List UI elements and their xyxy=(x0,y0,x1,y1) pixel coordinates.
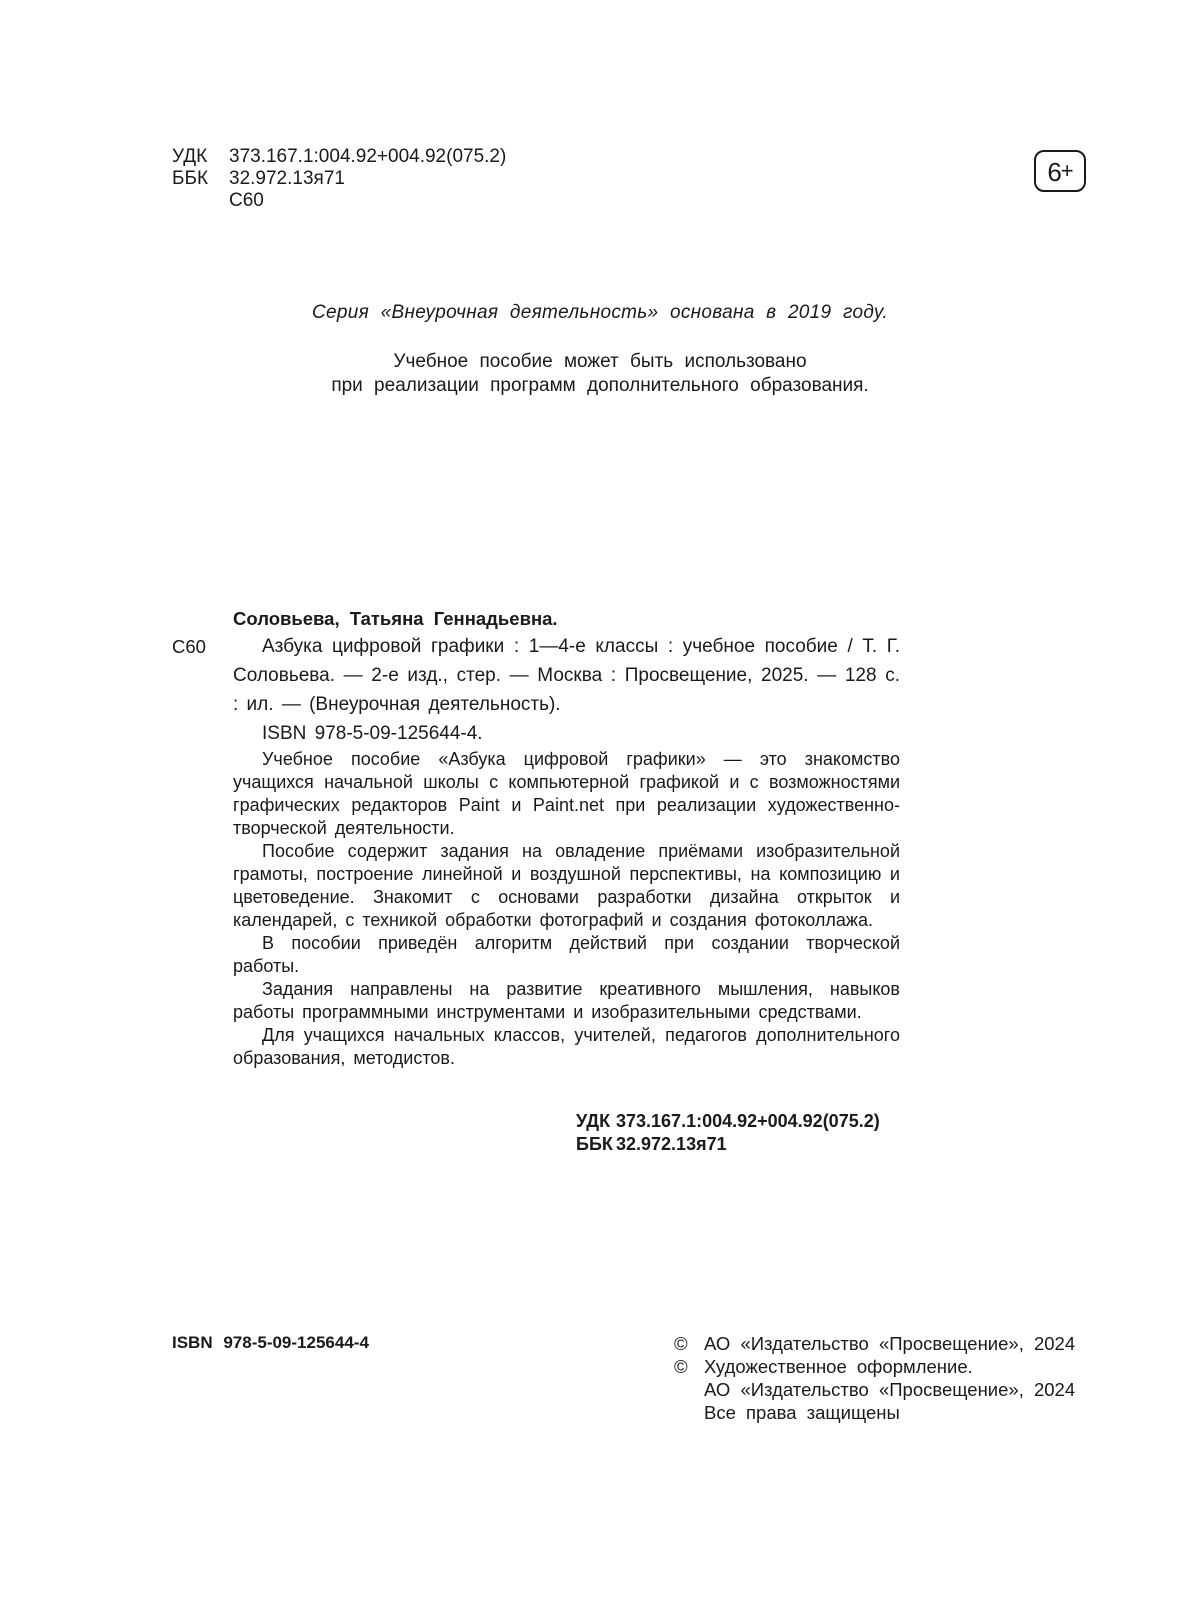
catalog-classification: УДК373.167.1:004.92+004.92(075.2) ББК32.… xyxy=(576,1110,880,1156)
copyright-line: ©АО «Издательство «Просвещение», 2024 xyxy=(674,1332,1075,1355)
copyright-icon: © xyxy=(674,1332,704,1355)
copyright-icon: © xyxy=(674,1355,704,1378)
age-rating-suffix: + xyxy=(1061,158,1073,183)
catalog-bbk-line: ББК32.972.13я71 xyxy=(576,1133,880,1156)
bbk-label: ББК xyxy=(172,168,229,190)
catalog-isbn: ISBN 978-5-09-125644-4. xyxy=(233,719,900,748)
udk-line: УДК373.167.1:004.92+004.92(075.2) xyxy=(172,146,506,168)
catalog-udk-label: УДК xyxy=(576,1110,616,1133)
copyright-line: Все права защищены xyxy=(674,1401,1075,1424)
classification-block: УДК373.167.1:004.92+004.92(075.2) ББК32.… xyxy=(172,146,506,212)
copyright-block: ©АО «Издательство «Просвещение», 2024 ©Х… xyxy=(674,1332,1075,1424)
annotation-paragraph: Учебное пособие «Азбука цифровой графики… xyxy=(233,748,900,840)
catalog-body: Азбука цифровой графики : 1—4-е классы :… xyxy=(233,632,900,1070)
age-rating-value: 6 xyxy=(1047,157,1060,187)
catalog-bbk-value: 32.972.13я71 xyxy=(616,1134,727,1154)
udk-value: 373.167.1:004.92+004.92(075.2) xyxy=(229,146,506,167)
annotation-paragraph: Пособие содержит задания на овладение пр… xyxy=(233,840,900,932)
footer-isbn: ISBN 978-5-09-125644-4 xyxy=(172,1333,369,1353)
copyright-line: АО «Издательство «Просвещение», 2024 xyxy=(674,1378,1075,1401)
copyright-line: ©Художественное оформление. xyxy=(674,1355,1075,1378)
age-rating-badge: 6+ xyxy=(1034,150,1086,192)
annotation-paragraph: Для учащихся начальных классов, учителей… xyxy=(233,1024,900,1070)
author-code: С60 xyxy=(229,190,264,211)
catalog-card: Соловьева, Татьяна Геннадьевна. С60 Азбу… xyxy=(172,606,902,1070)
bbk-value: 32.972.13я71 xyxy=(229,168,345,189)
udk-label: УДК xyxy=(172,146,229,168)
annotation-paragraph: Задания направлены на развитие креативно… xyxy=(233,978,900,1024)
catalog-udk-line: УДК373.167.1:004.92+004.92(075.2) xyxy=(576,1110,880,1133)
usage-note: Учебное пособие может быть использовано … xyxy=(230,350,970,398)
author-code-line: С60 xyxy=(172,190,506,212)
catalog-bibliographic: Азбука цифровой графики : 1—4-е классы :… xyxy=(233,632,900,719)
series-note: Серия «Внеурочная деятельность» основана… xyxy=(230,302,970,324)
catalog-bbk-label: ББК xyxy=(576,1133,616,1156)
catalog-udk-value: 373.167.1:004.92+004.92(075.2) xyxy=(616,1111,880,1131)
usage-note-line-1: Учебное пособие может быть использовано xyxy=(230,350,970,374)
catalog-author: Соловьева, Татьяна Геннадьевна. xyxy=(233,606,902,632)
annotation-paragraph: В пособии приведён алгоритм действий при… xyxy=(233,932,900,978)
catalog-author-code: С60 xyxy=(172,636,206,658)
bbk-line: ББК32.972.13я71 xyxy=(172,168,506,190)
usage-note-line-2: при реализации программ дополнительного … xyxy=(230,374,970,398)
